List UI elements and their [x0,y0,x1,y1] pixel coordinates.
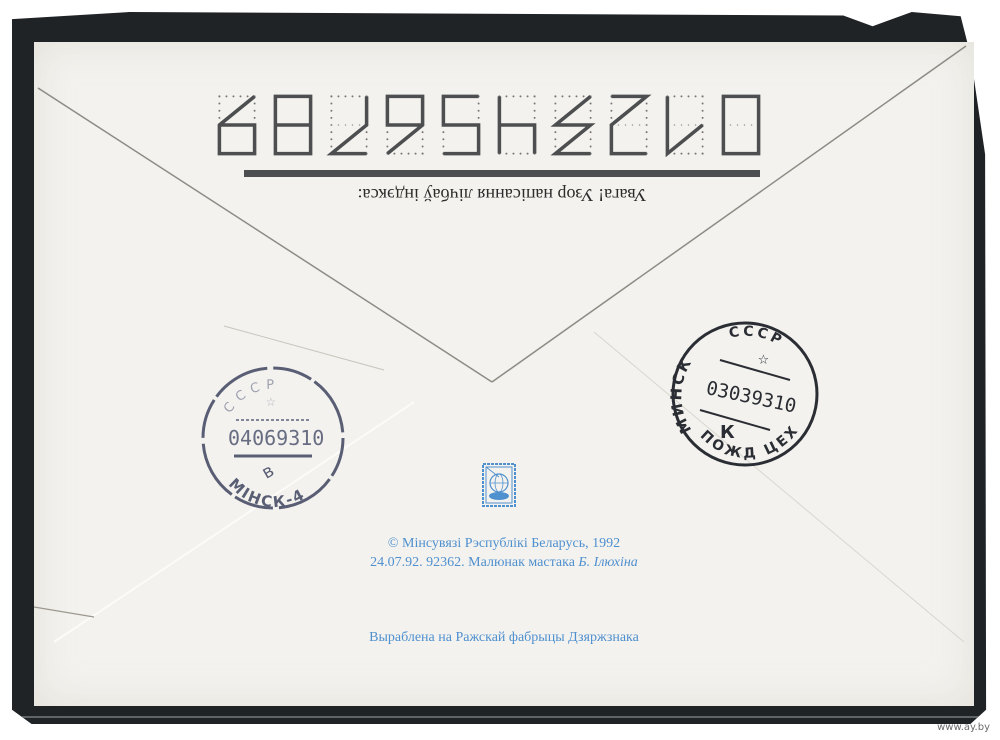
watermark: www.ay.by [937,722,990,733]
svg-text:МИНСК: МИНСК [670,354,696,437]
artist-name: Б. Ілюхіна [578,555,637,570]
index-digit-0 [718,92,764,158]
postmark-left-date: 04069310 [228,426,324,450]
svg-text:☆: ☆ [266,391,276,410]
index-digit-9 [214,92,260,158]
postmark-right: СССР МИНСК ПОЖД ЦЕХ ☆ 03039310 К [670,320,820,468]
postmark-right-date: 03039310 [704,377,798,418]
postal-index-sample [244,88,764,158]
svg-text:☆: ☆ [758,348,769,369]
index-digit-1 [662,92,708,158]
index-note: Увага! Узор напісання лічбаў індэкса: [244,184,760,205]
index-digit-6 [382,92,428,158]
copyright-line: © Мінсувязі Рэспублікі Беларусь, 1992 [324,534,684,553]
index-digit-3 [550,92,596,158]
svg-text:СССР: СССР [728,324,787,350]
index-underline [244,170,760,177]
envelope-back: Увага! Узор напісання лічбаў індэкса: СС… [34,42,974,706]
imprint-credits: © Мінсувязі Рэспублікі Беларусь, 1992 24… [324,534,684,572]
factory-line: Выраблена на Ражскай фабрыцы Дзяржзнака [324,630,684,646]
svg-text:в: в [258,460,278,483]
globe-stamp-logo-icon [481,462,517,508]
print-info-line: 24.07.92. 92362. Малюнак мастака Б. Ілюх… [324,553,684,572]
index-digit-5 [438,92,484,158]
index-digit-2 [606,92,652,158]
index-digit-4 [494,92,540,158]
index-digit-8 [270,92,316,158]
postmark-left: СССР ☆ 04069310 в МІНСК-4 [200,364,346,512]
svg-text:К: К [720,422,735,443]
index-digit-7 [326,92,372,158]
